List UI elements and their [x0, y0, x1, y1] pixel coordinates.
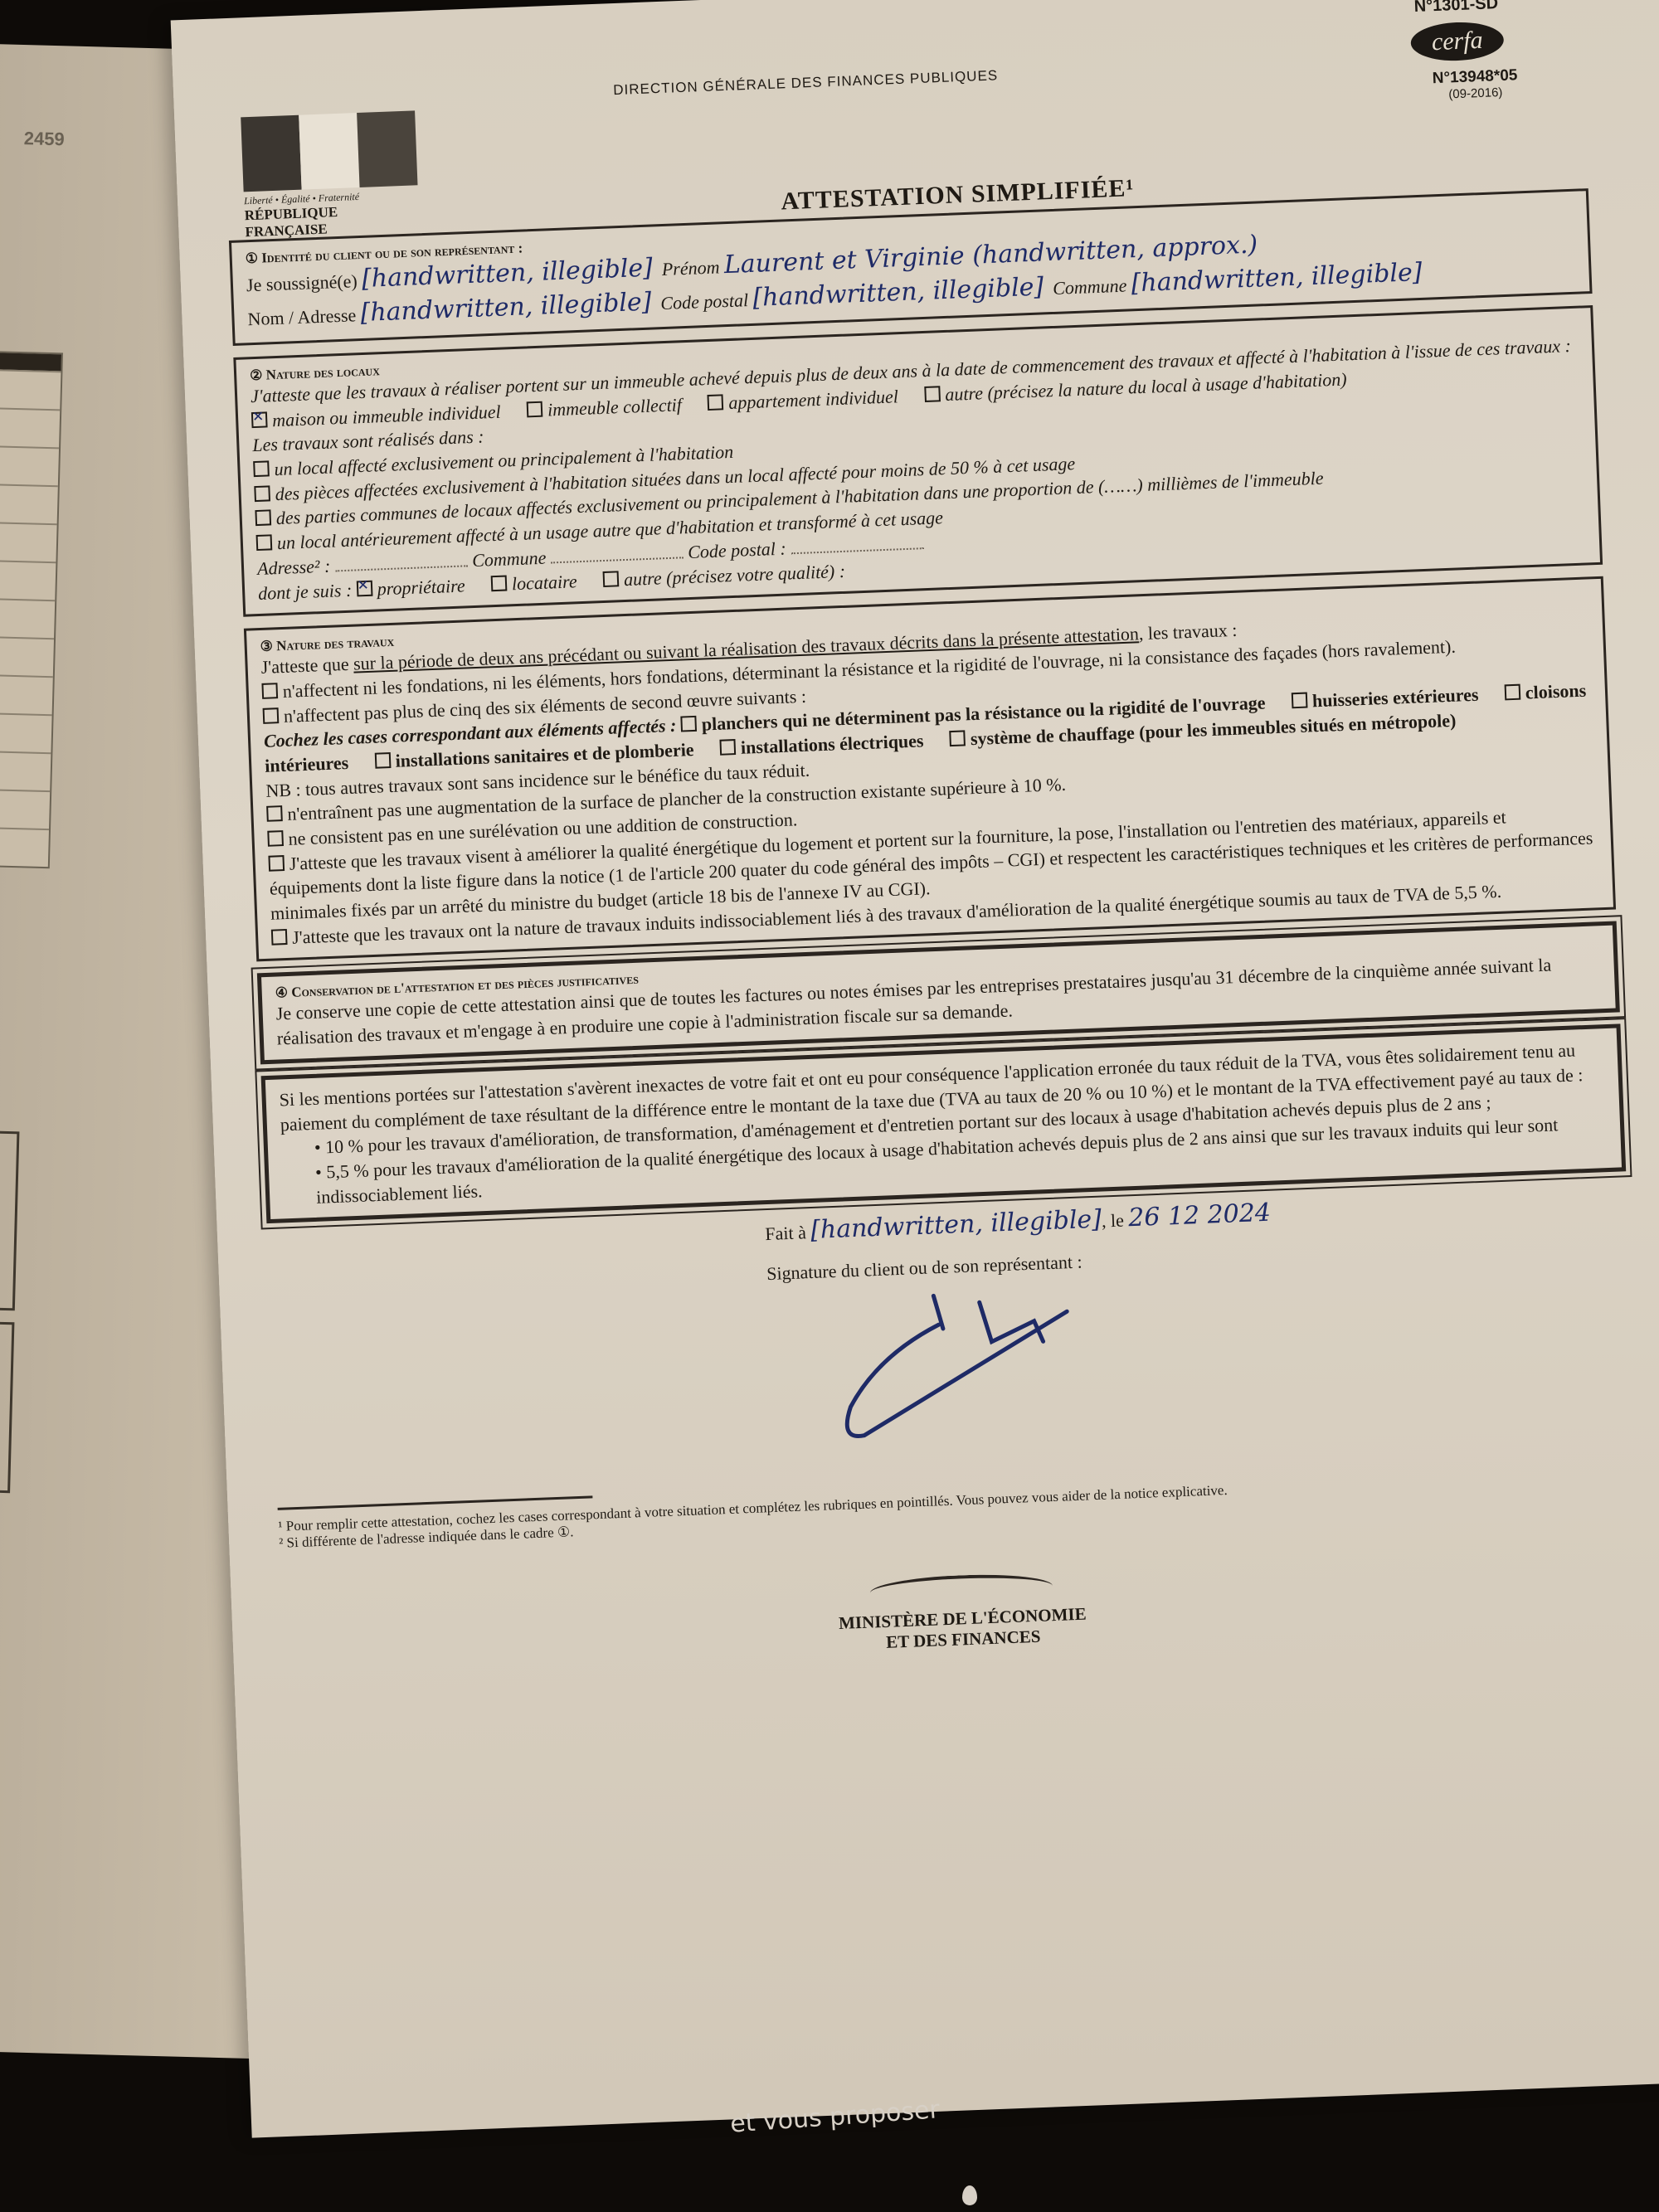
works-intro: J'atteste que	[260, 654, 353, 678]
ministry-arc-icon	[869, 1573, 1053, 1607]
background-page-box	[0, 1130, 19, 1311]
element-option[interactable]: huisseries extérieures	[1291, 684, 1478, 712]
checkbox-icon[interactable]	[603, 571, 620, 587]
background-page-box	[0, 1321, 14, 1494]
checkbox-icon[interactable]	[720, 739, 737, 756]
element-label: installations électriques	[741, 730, 924, 757]
checkbox-no-surface-increase[interactable]	[266, 805, 283, 822]
checkbox-max-five-elements[interactable]	[263, 707, 280, 724]
place-field[interactable]: [handwritten, illegible]	[810, 1205, 1102, 1245]
cerfa-logo: cerfa	[1410, 21, 1505, 62]
postal-code-label: Code postal	[660, 289, 749, 314]
checkbox-icon[interactable]	[680, 716, 697, 732]
checkbox-icon[interactable]	[491, 575, 508, 591]
checkbox-icon[interactable]	[251, 411, 268, 428]
status-label: locataire	[512, 571, 578, 594]
status-option[interactable]: locataire	[491, 571, 578, 595]
cerfa-date: (09-2016)	[1433, 85, 1518, 102]
drop-icon	[962, 2185, 977, 2205]
checkbox-induced-works[interactable]	[271, 929, 288, 946]
place-label: Fait à	[765, 1222, 806, 1244]
checkbox-energy-quality[interactable]	[268, 855, 285, 872]
background-page-stamp: 2459	[23, 128, 65, 150]
checkbox-icon[interactable]	[1292, 693, 1308, 709]
address2-label: Adresse²	[257, 556, 320, 579]
background-page-table	[0, 351, 63, 868]
checkbox-icon[interactable]	[255, 510, 271, 527]
checkbox-icon[interactable]	[708, 394, 724, 411]
address-label: Adresse	[297, 304, 357, 328]
checkbox-icon[interactable]	[924, 386, 941, 402]
address2-field[interactable]	[335, 565, 468, 571]
cerfa-number-block: N°13948*05 (09-2016)	[1432, 66, 1518, 102]
section-works: ③ Nature des travaux J'atteste que sur l…	[244, 576, 1616, 962]
checkbox-icon[interactable]	[254, 485, 270, 502]
checkbox-no-elevation[interactable]	[267, 830, 284, 847]
element-label: huisseries extérieures	[1311, 684, 1478, 712]
works-intro-end: , les travaux :	[1138, 620, 1237, 644]
checkbox-icon[interactable]	[527, 401, 543, 417]
ministry-logo: MINISTÈRE DE L'ÉCONOMIE ET DES FINANCES	[281, 1549, 1643, 1676]
marianne-flag-icon	[241, 110, 417, 192]
signature-area: Fait à [handwritten, illegible], le 26 1…	[765, 1183, 1636, 1456]
checkbox-no-foundations[interactable]	[261, 683, 278, 699]
status-option[interactable]: propriétaire	[356, 575, 465, 600]
form-reference: N°1301-SD	[1413, 0, 1498, 17]
commune2-field[interactable]	[551, 557, 684, 563]
checkbox-icon[interactable]	[374, 752, 391, 769]
building-type-option[interactable]: immeuble collectif	[527, 394, 683, 421]
postal2-label: Code postal	[688, 538, 776, 562]
form-sheet: Liberté • Égalité • Fraternité RÉPUBLIQU…	[171, 0, 1659, 2138]
checkbox-icon[interactable]	[950, 730, 966, 746]
undersigned-label: Je soussigné(e)	[246, 270, 358, 295]
signature-icon[interactable]	[767, 1271, 1155, 1452]
cerfa-number: N°13948*05	[1432, 66, 1517, 87]
commune-label: Commune	[1053, 275, 1127, 298]
checkbox-icon[interactable]	[356, 580, 372, 596]
status-label: propriétaire	[377, 575, 465, 599]
status-label: dont je suis :	[258, 579, 353, 603]
postal2-field[interactable]	[791, 547, 923, 554]
commune2-label: Commune	[472, 547, 547, 570]
date-label: le	[1110, 1210, 1124, 1232]
checkbox-icon[interactable]	[256, 534, 273, 551]
checkbox-icon[interactable]	[1504, 684, 1520, 701]
building-type-label: appartement individuel	[728, 386, 898, 413]
issuer-name: DIRECTION GÉNÉRALE DES FINANCES PUBLIQUE…	[613, 67, 999, 99]
building-type-label: immeuble collectif	[547, 394, 683, 420]
republique-francaise-logo: Liberté • Égalité • Fraternité RÉPUBLIQU…	[241, 110, 420, 241]
name-label: Nom	[247, 307, 285, 329]
section-premises: ② Nature des locaux J'atteste que les tr…	[233, 305, 1603, 617]
date-field[interactable]: 26 12 2024	[1128, 1198, 1272, 1233]
firstname-label: Prénom	[661, 256, 720, 280]
checkbox-icon[interactable]	[253, 460, 270, 477]
